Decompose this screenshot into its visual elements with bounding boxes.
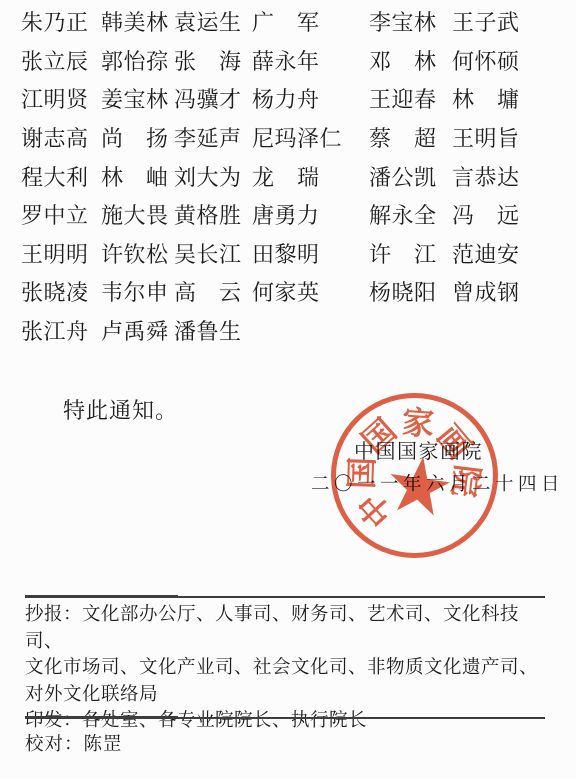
signatory-name: 龙 瑞 <box>252 167 369 189</box>
seal-ring-character: 院 <box>446 461 486 501</box>
signatory-name: 王明明 <box>21 244 101 266</box>
signatory-name: 王迎春 <box>369 89 452 111</box>
name-row: 张晓凌韦尔申高 云何家英杨晓阳曾成钢 <box>21 274 555 313</box>
signatory-name: 姜宝林 <box>101 89 174 111</box>
signatory-name: 程大利 <box>21 167 101 189</box>
signatory-name: 王明旨 <box>452 128 535 150</box>
signatory-name: 张 海 <box>174 51 252 73</box>
signatory-name: 杨力舟 <box>252 89 369 111</box>
name-row: 张江舟卢禹舜潘鲁生 <box>21 313 555 352</box>
copy-to-line: 文化市场司、文化产业司、社会文化司、非物质文化遗产司、 <box>25 655 555 682</box>
signatory-name-grid: 朱乃正韩美林袁运生广 军李宝林王子武张立辰郭怡孮张 海薛永年邓 林何怀硕江明贤姜… <box>21 4 555 351</box>
signatory-name: 邓 林 <box>369 51 452 73</box>
divider-line-top-right <box>177 596 545 598</box>
signatory-name: 张江舟 <box>21 321 101 343</box>
signatory-name: 郭怡孮 <box>101 51 174 73</box>
signatory-name: 高 云 <box>174 282 252 304</box>
signatory-name: 林 墉 <box>452 89 535 111</box>
signatory-name: 何家英 <box>252 282 369 304</box>
signatory-name: 尚 扬 <box>101 128 174 150</box>
name-row: 王明明许钦松吴长江田黎明许 江范迪安 <box>21 236 555 275</box>
signatory-name: 冯骥才 <box>174 89 252 111</box>
signatory-name: 卢禹舜 <box>101 321 174 343</box>
signatory-name: 蔡 超 <box>369 128 452 150</box>
signatory-name: 黄格胜 <box>174 205 252 227</box>
signatory-name: 曾成钢 <box>452 282 535 304</box>
signatory-name: 李延声 <box>174 128 252 150</box>
signatory-name: 张立辰 <box>21 51 101 73</box>
signatory-name: 袁运生 <box>174 12 252 34</box>
signatory-name: 范迪安 <box>452 244 535 266</box>
signatory-name: 许 江 <box>369 244 452 266</box>
proofreader-line: 校对：陈罡 <box>25 730 123 756</box>
name-row: 张立辰郭怡孮张 海薛永年邓 林何怀硕 <box>21 43 555 82</box>
signatory-name: 王子武 <box>452 12 535 34</box>
signatory-name: 江明贤 <box>21 89 101 111</box>
signatory-name: 尼玛泽仁 <box>252 128 369 150</box>
official-red-seal: ★ 中国国家画院 <box>331 393 498 558</box>
copy-to-line: 抄报：文化部办公厅、人事司、财务司、艺术司、文化科技司、 <box>25 602 555 655</box>
signatory-name: 言恭达 <box>452 167 535 189</box>
signatory-name: 朱乃正 <box>21 12 101 34</box>
signatory-name: 广 军 <box>252 12 369 34</box>
seal-ring-character: 国 <box>343 455 380 492</box>
signatory-name: 李宝林 <box>369 12 452 34</box>
name-row: 谢志高尚 扬李延声尼玛泽仁蔡 超王明旨 <box>21 120 555 159</box>
signatory-name: 杨晓阳 <box>369 282 452 304</box>
signatory-name: 罗中立 <box>21 205 101 227</box>
signatory-name: 潘公凯 <box>369 167 452 189</box>
signatory-name: 张晓凌 <box>21 282 101 304</box>
distribution-list: 抄报：文化部办公厅、人事司、财务司、艺术司、文化科技司、 文化市场司、文化产业司… <box>25 602 555 735</box>
signatory-name: 冯 远 <box>452 205 535 227</box>
signatory-name: 何怀硕 <box>452 51 535 73</box>
signatory-name: 韦尔申 <box>101 282 174 304</box>
signatory-name: 吴长江 <box>174 244 252 266</box>
name-row: 朱乃正韩美林袁运生广 军李宝林王子武 <box>21 4 555 43</box>
official-notice-document: 朱乃正韩美林袁运生广 军李宝林王子武张立辰郭怡孮张 海薛永年邓 林何怀硕江明贤姜… <box>0 0 576 779</box>
signatory-name: 田黎明 <box>252 244 369 266</box>
signatory-name: 唐勇力 <box>252 205 369 227</box>
notice-closing-line: 特此通知。 <box>63 394 178 425</box>
divider-line-bottom-left <box>25 716 178 719</box>
signatory-name: 韩美林 <box>101 12 174 34</box>
name-row: 江明贤姜宝林冯骥才杨力舟王迎春林 墉 <box>21 81 555 120</box>
name-row: 罗中立施大畏黄格胜唐勇力解永全冯 远 <box>21 197 555 236</box>
name-row: 程大利林 岫刘大为龙 瑞潘公凯言恭达 <box>21 158 555 197</box>
signatory-name: 谢志高 <box>21 128 101 150</box>
signatory-name: 许钦松 <box>101 244 174 266</box>
signatory-name: 薛永年 <box>252 51 369 73</box>
signatory-name: 刘大为 <box>174 167 252 189</box>
signatory-name: 施大畏 <box>101 205 174 227</box>
divider-line-bottom-right <box>177 717 545 719</box>
divider-line-top-left <box>25 595 178 598</box>
signatory-name: 林 岫 <box>101 167 174 189</box>
signatory-name: 解永全 <box>369 205 452 227</box>
signatory-name: 潘鲁生 <box>174 321 252 343</box>
copy-to-line: 对外文化联络局 <box>25 682 555 709</box>
